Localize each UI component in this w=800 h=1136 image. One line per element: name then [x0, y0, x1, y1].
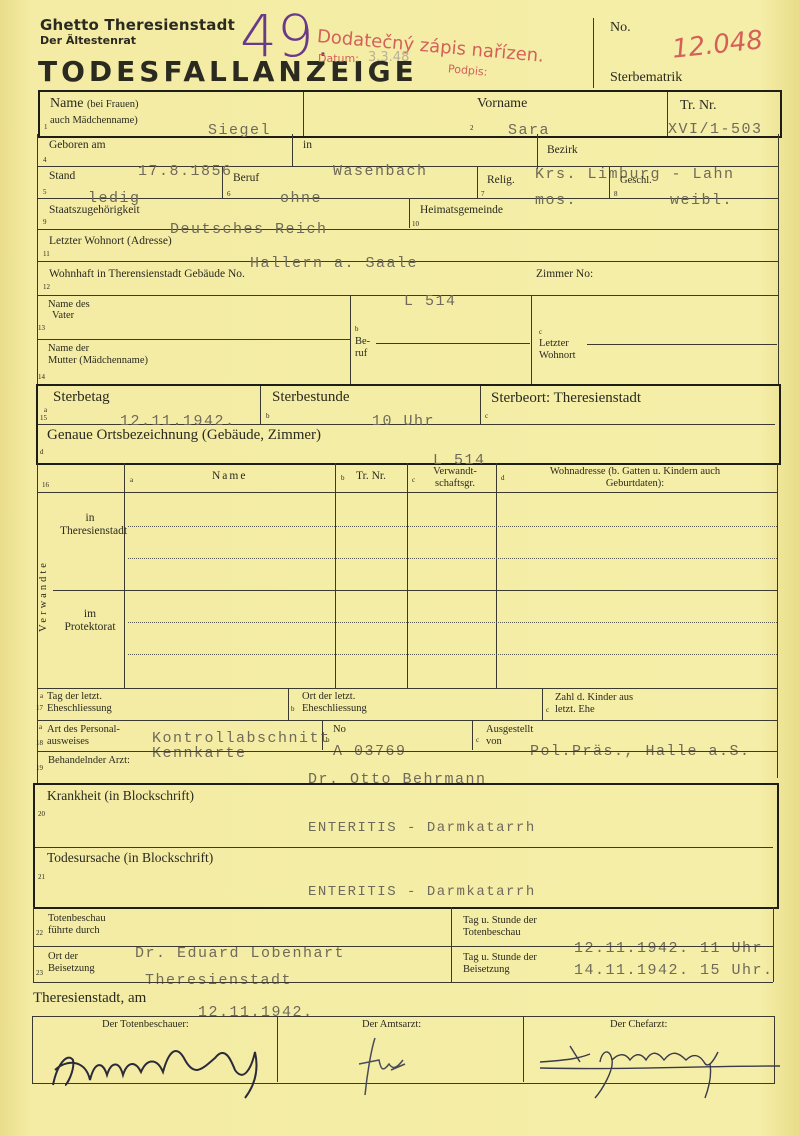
- relatives-row-line[interactable]: [128, 654, 777, 655]
- field-number: 1: [44, 123, 48, 131]
- beruf-eltern-label: Be-: [355, 336, 370, 348]
- org-name: Ghetto Theresienstadt: [40, 16, 235, 34]
- col-name-header: Name: [212, 470, 247, 483]
- beisetzung-label: Ort der Beisetzung: [48, 951, 118, 975]
- marriage-ort-label: Ort der letzt. Eheschliessung: [302, 691, 397, 715]
- divider: [542, 688, 543, 720]
- frame-right: [777, 463, 778, 778]
- trnr-value[interactable]: XVI/1-503: [668, 121, 763, 138]
- field-number: 5: [43, 188, 47, 196]
- sub-letter: b: [266, 412, 270, 420]
- totenbeschau-tag-value[interactable]: 12.11.1942. 11 Uhr: [574, 940, 763, 957]
- field-number: 10: [412, 220, 419, 228]
- sterbetag-label: Sterbetag: [53, 389, 110, 405]
- divider: [451, 907, 452, 982]
- wohnort-label: Letzter Wohnort (Adresse): [49, 235, 172, 248]
- col-verwandt-header: Verwandt-schaftsgr.: [420, 466, 490, 490]
- divider: [523, 1016, 524, 1082]
- todesursache-label: Todesursache (in Blockschrift): [47, 850, 213, 866]
- name-label-text: Name: [50, 96, 83, 111]
- sub-letter: a: [39, 723, 42, 731]
- wohnort-value[interactable]: Hallern a. Saale: [250, 255, 418, 272]
- place-date-label: Theresienstadt, am: [33, 990, 146, 1007]
- divider: [477, 166, 478, 198]
- field-number: 2: [470, 124, 474, 132]
- divider: [292, 134, 293, 166]
- sub-letter: c: [546, 706, 549, 714]
- row-line: [587, 344, 777, 345]
- in-value[interactable]: Wasenbach: [333, 163, 428, 180]
- divider: [260, 386, 261, 424]
- frame-left: [37, 134, 38, 384]
- frame-right: [778, 134, 779, 384]
- row-line: [33, 982, 773, 983]
- frame-left: [33, 907, 34, 982]
- document-page: Ghetto Theresienstadt Der Ältestenrat TO…: [0, 0, 800, 1136]
- krankheit-value[interactable]: ENTERITIS - Darmkatarrh: [308, 820, 536, 836]
- arzt-label: Behandelnder Arzt:: [48, 755, 130, 767]
- row-line: [37, 688, 777, 689]
- totenbeschau-tag-label: Tag u. Stunde der Totenbeschau: [463, 915, 553, 939]
- row-line: [33, 946, 773, 947]
- field-number: 22: [36, 929, 43, 937]
- letzter-wohnort-label-2: Wohnort: [539, 350, 575, 362]
- field-number: 6: [227, 190, 231, 198]
- field-number: 4: [43, 156, 47, 164]
- field-number: 19: [36, 764, 43, 772]
- beruf-label: Beruf: [233, 172, 259, 185]
- chefarzt-label: Der Chefarzt:: [610, 1019, 667, 1031]
- sub-letter: d: [501, 474, 505, 482]
- divider: [480, 386, 481, 424]
- form-title: TODESFALLANZEIGE: [38, 55, 418, 88]
- field-number: 21: [38, 873, 45, 881]
- field-number: 14: [38, 373, 45, 381]
- divider: [288, 688, 289, 720]
- field-number: 13: [38, 324, 45, 332]
- vorname-label: Vorname: [477, 96, 527, 112]
- divider: [277, 1016, 278, 1082]
- field-number: 12: [43, 283, 50, 291]
- row-line: [37, 751, 777, 752]
- geschl-value[interactable]: weibl.: [670, 192, 733, 209]
- divider: [350, 295, 351, 384]
- dept-name: Der Ältestenrat: [40, 34, 136, 47]
- totenbeschau-label: Totenbeschau führte durch: [48, 913, 118, 937]
- staat-label: Staatszugehörigkeit: [49, 204, 140, 217]
- sub-letter: b: [326, 736, 330, 744]
- geschl-label: Geschl.: [620, 175, 652, 187]
- field-number: 23: [36, 969, 43, 977]
- row-line: [376, 343, 530, 344]
- no-label: No.: [610, 20, 631, 36]
- letzter-wohnort-label: Letzter: [539, 338, 569, 350]
- sterbematrik-label: Sterbematrik: [610, 70, 682, 86]
- sub-letter: a: [130, 476, 133, 484]
- stand-label: Stand: [49, 170, 75, 183]
- marriage-kinder-label: Zahl d. Kinder aus letzt. Ehe: [555, 692, 655, 716]
- row-line: [37, 339, 350, 340]
- verwandte-side-label-box: Verwandte: [37, 560, 53, 640]
- amtsarzt-signature[interactable]: [345, 1030, 425, 1100]
- vater-label-2: Vater: [52, 310, 74, 322]
- totenbeschau-label-text: Totenbeschau führte durch: [48, 913, 118, 937]
- beruf-eltern-label-2: ruf: [355, 348, 367, 360]
- marriage-tag-label: Tag der letzt. Eheschliessung: [47, 691, 147, 715]
- beisetzung-value[interactable]: Theresienstadt: [145, 972, 292, 989]
- stamp-datum-value: 3.3.48: [368, 50, 409, 65]
- field-number: 18: [36, 739, 43, 747]
- totenbeschauer-signature[interactable]: [45, 1030, 275, 1100]
- row-line: [37, 492, 777, 493]
- field-number: 17: [36, 704, 43, 712]
- stamp-podpis-label: Podpis:: [448, 62, 488, 78]
- sterbestunde-value[interactable]: 10 Uhr: [372, 413, 435, 430]
- relatives-row-line[interactable]: [128, 558, 777, 559]
- sub-letter: c: [412, 476, 415, 484]
- relig-value[interactable]: mos.: [535, 192, 577, 209]
- wohnhaft-value[interactable]: L 514: [404, 293, 457, 310]
- in-label: in: [303, 139, 312, 152]
- sub-letter: a: [44, 406, 47, 414]
- row-line: [53, 590, 777, 591]
- row-line: [37, 198, 778, 199]
- ausweis-art-value[interactable]: Kontrollabschnitt Kennkarte: [152, 731, 332, 761]
- verwandte-side-label: Verwandte: [38, 560, 50, 632]
- wohnhaft-label: Wohnhaft in Therensienstadt Gebäude No.: [49, 268, 245, 281]
- header-divider: [593, 18, 594, 88]
- divider: [409, 198, 410, 228]
- divider: [531, 295, 532, 384]
- mutter-label-2: Mutter (Mädchenname): [48, 355, 148, 367]
- divider: [222, 166, 223, 198]
- group-theresienstadt-label: in Theresienstadt: [60, 512, 120, 538]
- totenbeschau-value[interactable]: Dr. Eduard Lobenhart: [135, 945, 345, 962]
- col-wohnadresse-header: Wohnadresse (b. Gatten u. Kindern auch G…: [530, 466, 740, 490]
- zimmer-label: Zimmer No:: [536, 268, 593, 281]
- group-protektorat-label: im Protektorat: [58, 608, 122, 634]
- matrik-number: 12.048: [671, 25, 765, 64]
- divider: [124, 463, 125, 688]
- field-number: 9: [43, 218, 47, 226]
- sub-letter: c: [476, 736, 479, 744]
- row-line: [37, 229, 778, 230]
- sub-letter: c: [539, 328, 542, 336]
- stamp-datum-label: Datum:: [318, 52, 359, 65]
- sub-letter: d: [40, 448, 44, 456]
- name-value[interactable]: Siegel: [208, 122, 271, 139]
- staat-value[interactable]: Deutsches Reich: [170, 221, 328, 238]
- geboren-label: Geboren am: [49, 139, 106, 152]
- col-trnr-header: Tr. Nr.: [356, 470, 386, 483]
- relig-label: Relig.: [487, 174, 515, 187]
- field-number: 7: [481, 190, 485, 198]
- row-line: [37, 720, 777, 721]
- chefarzt-signature[interactable]: [540, 1040, 780, 1100]
- heimat-label: Heimatsgemeinde: [420, 204, 503, 217]
- field-number: 15: [40, 414, 47, 422]
- sterbestunde-label: Sterbestunde: [272, 389, 349, 405]
- sub-letter: b: [355, 325, 359, 333]
- mutter-label: Name der: [48, 343, 89, 355]
- divider: [537, 134, 538, 169]
- relatives-row-line[interactable]: [128, 526, 777, 527]
- bezirk-label: Bezirk: [547, 144, 578, 157]
- sterbeort-label: Sterbeort: Theresienstadt: [491, 390, 641, 406]
- vorname-value[interactable]: Sara: [508, 122, 550, 139]
- beisetzung-tag-value[interactable]: 14.11.1942. 15 Uhr.: [574, 962, 774, 979]
- sub-letter: c: [485, 412, 488, 420]
- name-label: Name (bei Frauen): [50, 96, 139, 112]
- ausweis-art-label: Art des Personal- ausweises: [47, 724, 142, 748]
- sub-letter: b: [341, 474, 345, 482]
- name-label-small: (bei Frauen): [87, 99, 139, 110]
- beisetzung-tag-label: Tag u. Stunde der Beisetzung: [463, 952, 553, 976]
- krankheit-label: Krankheit (in Blockschrift): [47, 788, 194, 804]
- field-number: 8: [614, 190, 618, 198]
- sub-letter: b: [291, 705, 295, 713]
- beruf-value[interactable]: ohne: [280, 190, 322, 207]
- divider: [322, 720, 323, 750]
- trnr-label: Tr. Nr.: [680, 98, 716, 114]
- sub-letter: a: [40, 692, 43, 700]
- todesursache-value[interactable]: ENTERITIS - Darmkatarrh: [308, 884, 536, 900]
- row-line: [35, 847, 773, 848]
- ausweis-no-label: No: [333, 724, 346, 736]
- divider: [609, 166, 610, 198]
- geboren-value[interactable]: 17.8.1856: [138, 163, 233, 180]
- name-label-2: auch Mädchenname): [50, 115, 138, 127]
- divider: [472, 720, 473, 750]
- field-number: 20: [38, 810, 45, 818]
- field-number: 16: [42, 481, 49, 489]
- field-number: 11: [43, 250, 50, 258]
- relatives-row-line[interactable]: [128, 622, 777, 623]
- ortsbez-label: Genaue Ortsbezeichnung (Gebäude, Zimmer): [47, 427, 321, 444]
- divider: [303, 92, 304, 136]
